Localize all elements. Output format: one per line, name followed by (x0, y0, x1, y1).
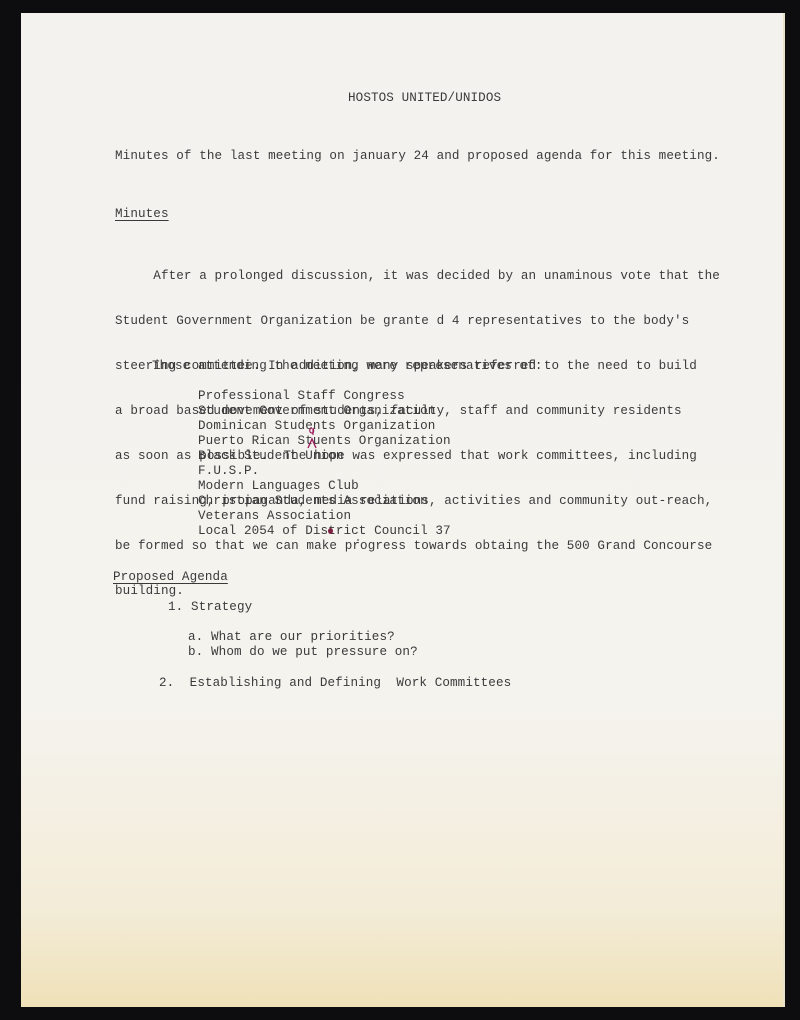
subitem-label: Whom do we put pressure on? (211, 645, 418, 659)
agenda-label: Establishing and Defining Work Committee… (190, 676, 512, 690)
organization-item: Professional Staff Congress (198, 389, 451, 404)
attendance-lead: Those attending the meeting were represe… (152, 359, 543, 374)
handwritten-caret-insertion-icon (307, 427, 317, 449)
agenda-label: Strategy (191, 600, 252, 614)
organization-item: Puerto Rican Stuents Organization (198, 434, 451, 449)
organization-item: Modern Languages Club (198, 479, 451, 494)
stray-dot-mark (357, 539, 359, 541)
agenda-item-2: 2. Establishing and Defining Work Commit… (159, 676, 511, 691)
organization-item: Student Government Organization (198, 404, 451, 419)
intro-line: Minutes of the last meeting on january 2… (115, 149, 720, 164)
organization-item: Dominican Students Organization (198, 419, 451, 434)
organization-item: Local 2054 of District Council 37 (198, 524, 451, 539)
minutes-heading: Minutes (115, 207, 169, 222)
agenda-subitem-b: b. Whom do we put pressure on? (188, 645, 418, 660)
agenda-item-1: 1. Strategy (168, 600, 252, 615)
subitem-letter: b. (188, 645, 203, 659)
paragraph-line: Student Government Organization be grant… (115, 314, 720, 329)
agenda-subitem-a: a. What are our priorities? (188, 630, 395, 645)
paragraph-line: After a prolonged discussion, it was dec… (115, 269, 720, 284)
paragraph-line: building. (115, 584, 720, 599)
organization-list: Professional Staff Congress Student Gove… (198, 389, 451, 539)
organization-item: F.U.S.P. (198, 464, 451, 479)
agenda-number: 2. (159, 676, 174, 690)
typed-memo: HOSTOS UNITED/UNIDOS Minutes of the last… (21, 13, 783, 1007)
agenda-number: 1. (168, 600, 183, 614)
document-page: HOSTOS UNITED/UNIDOS Minutes of the last… (21, 13, 785, 1007)
subitem-letter: a. (188, 630, 203, 644)
subitem-label: What are our priorities? (211, 630, 395, 644)
document-title: HOSTOS UNITED/UNIDOS (348, 91, 501, 106)
paragraph-line: be formed so that we can make progress t… (115, 539, 720, 554)
organization-item: Black Student Union (198, 449, 451, 464)
organization-item: Christian Students Association (198, 494, 451, 509)
ink-dot-mark (328, 528, 333, 534)
organization-item: Veterans Association (198, 509, 451, 524)
agenda-heading: Proposed Agenda (113, 570, 228, 585)
